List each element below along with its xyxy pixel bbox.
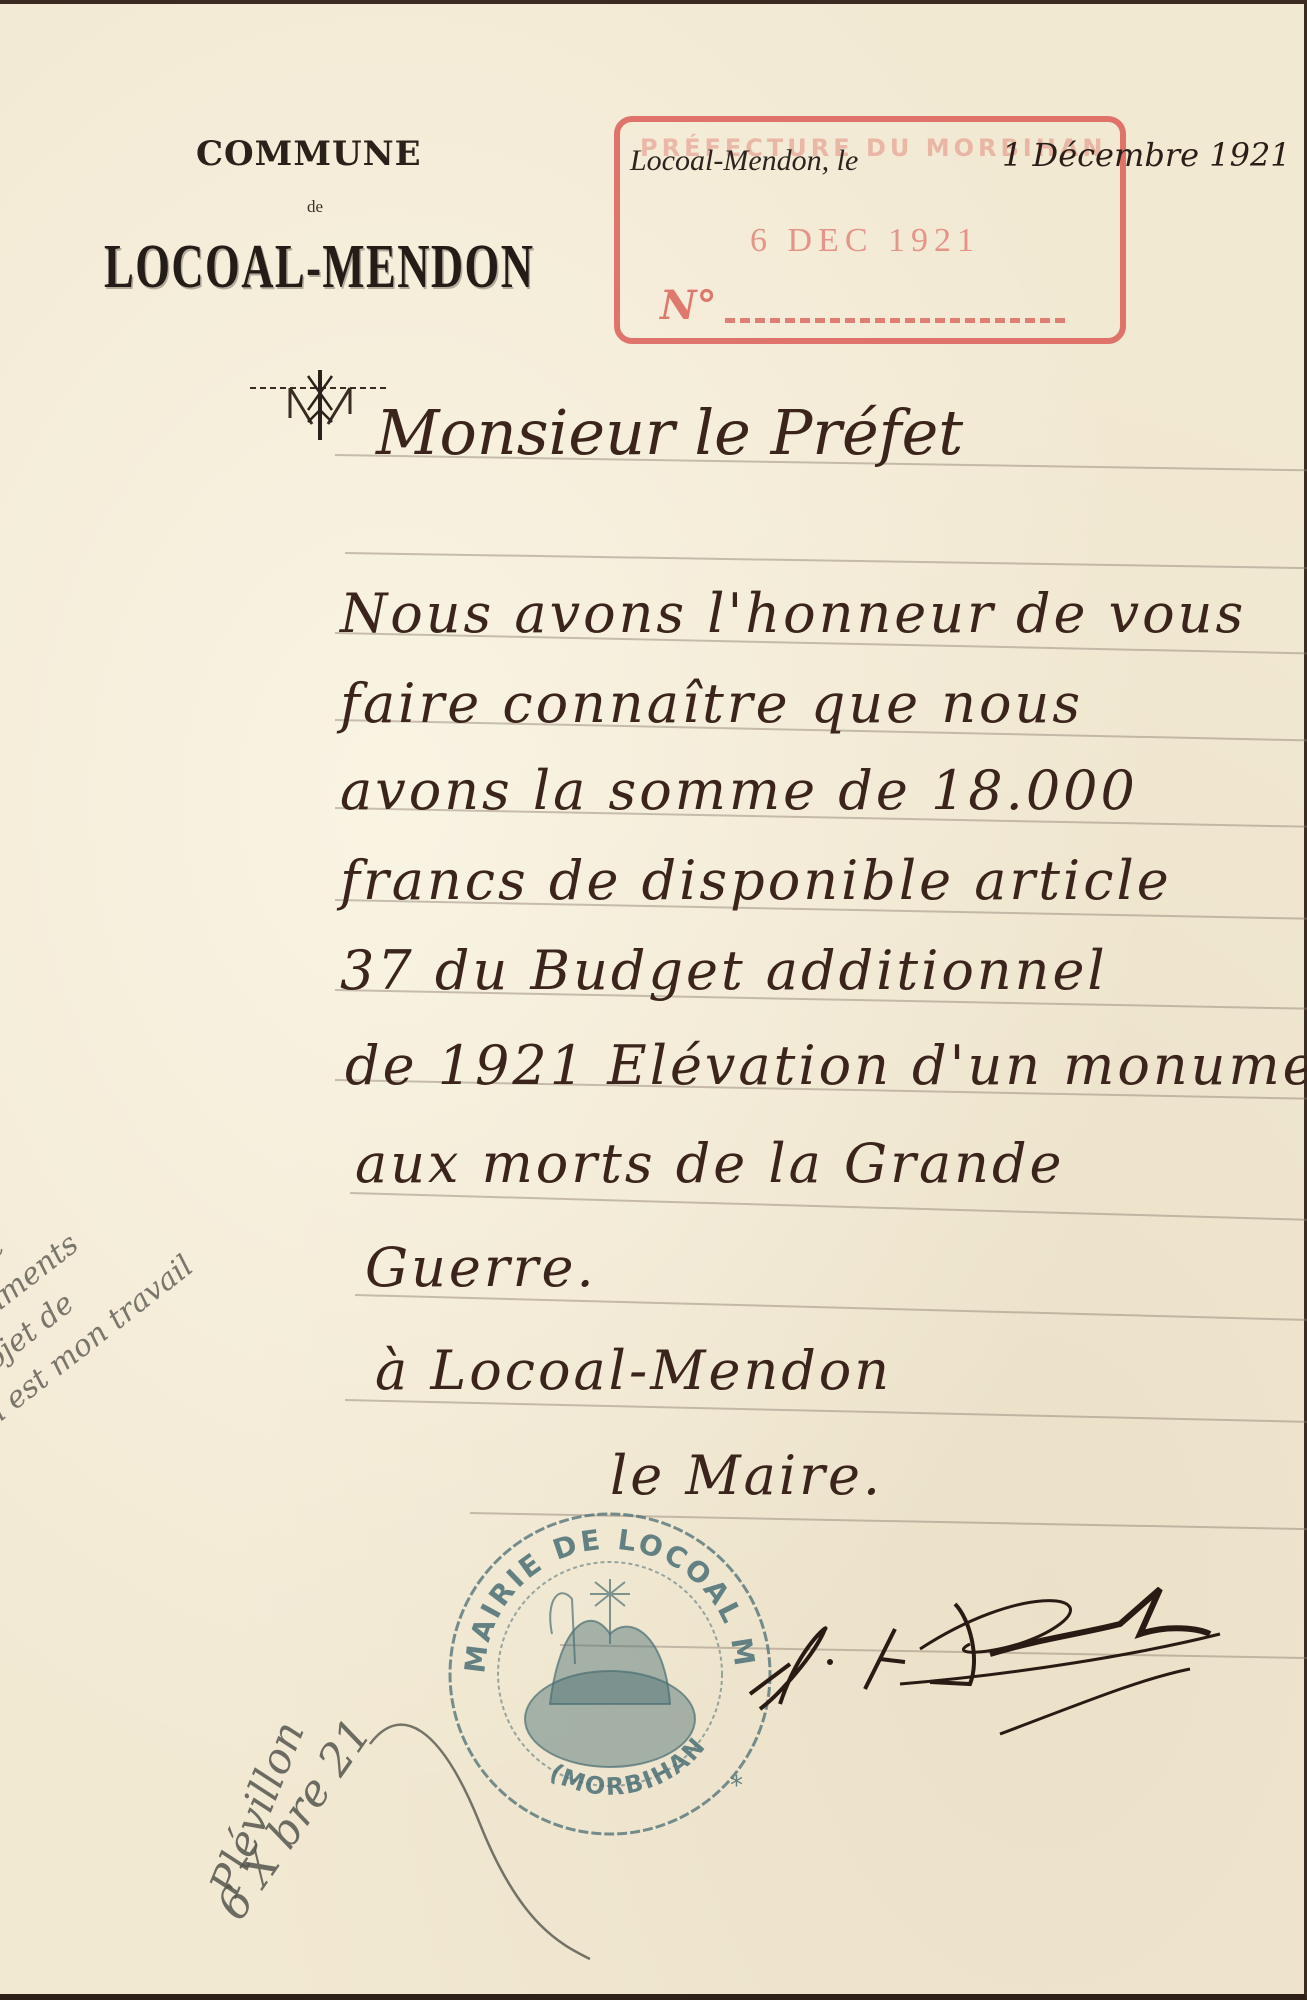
mayor-signature bbox=[720, 1444, 1280, 1744]
letter-line: avons la somme de 18.000 bbox=[340, 759, 1138, 822]
letter-line: à Locoal-Mendon bbox=[375, 1339, 892, 1402]
dateline-handwritten-date: 1 Décembre 1921 bbox=[1002, 136, 1291, 174]
letterhead-town-name: LOCOAL-MENDON bbox=[104, 232, 534, 303]
letterhead-de: de bbox=[307, 197, 323, 217]
letterhead-commune: COMMUNE bbox=[196, 134, 422, 174]
letter-line: Nous avons l'honneur de vous bbox=[340, 582, 1246, 645]
ruled-line bbox=[345, 552, 1307, 569]
reception-stamp-date: 6 DEC 1921 bbox=[750, 222, 980, 260]
letter-page: COMMUNE de LOCOAL-MENDON PRÉFECTURE DU M… bbox=[0, 0, 1307, 2000]
letter-line: 37 du Budget additionnel bbox=[340, 939, 1108, 1002]
letter-line: aux morts de la Grande bbox=[355, 1132, 1064, 1195]
dateline-printed: Locoal-Mendon, le bbox=[630, 144, 858, 178]
ruled-line bbox=[350, 1192, 1307, 1221]
reception-stamp-number-label: N° bbox=[660, 282, 717, 329]
letter-line: francs de disponible article bbox=[340, 849, 1172, 912]
letter-line: Guerre. bbox=[365, 1236, 597, 1299]
reception-stamp-number-line bbox=[725, 318, 1065, 323]
svg-text:*: * bbox=[730, 1771, 743, 1801]
ruled-line bbox=[345, 1399, 1307, 1423]
letter-line: de 1921 Elévation d'un monument bbox=[345, 1034, 1307, 1097]
letter-salutation: Monsieur le Préfet bbox=[376, 396, 963, 469]
pencil-stroke bbox=[360, 1704, 600, 1964]
printer-ornament-icon bbox=[250, 370, 390, 440]
letter-line: faire connaître que nous bbox=[340, 672, 1083, 735]
